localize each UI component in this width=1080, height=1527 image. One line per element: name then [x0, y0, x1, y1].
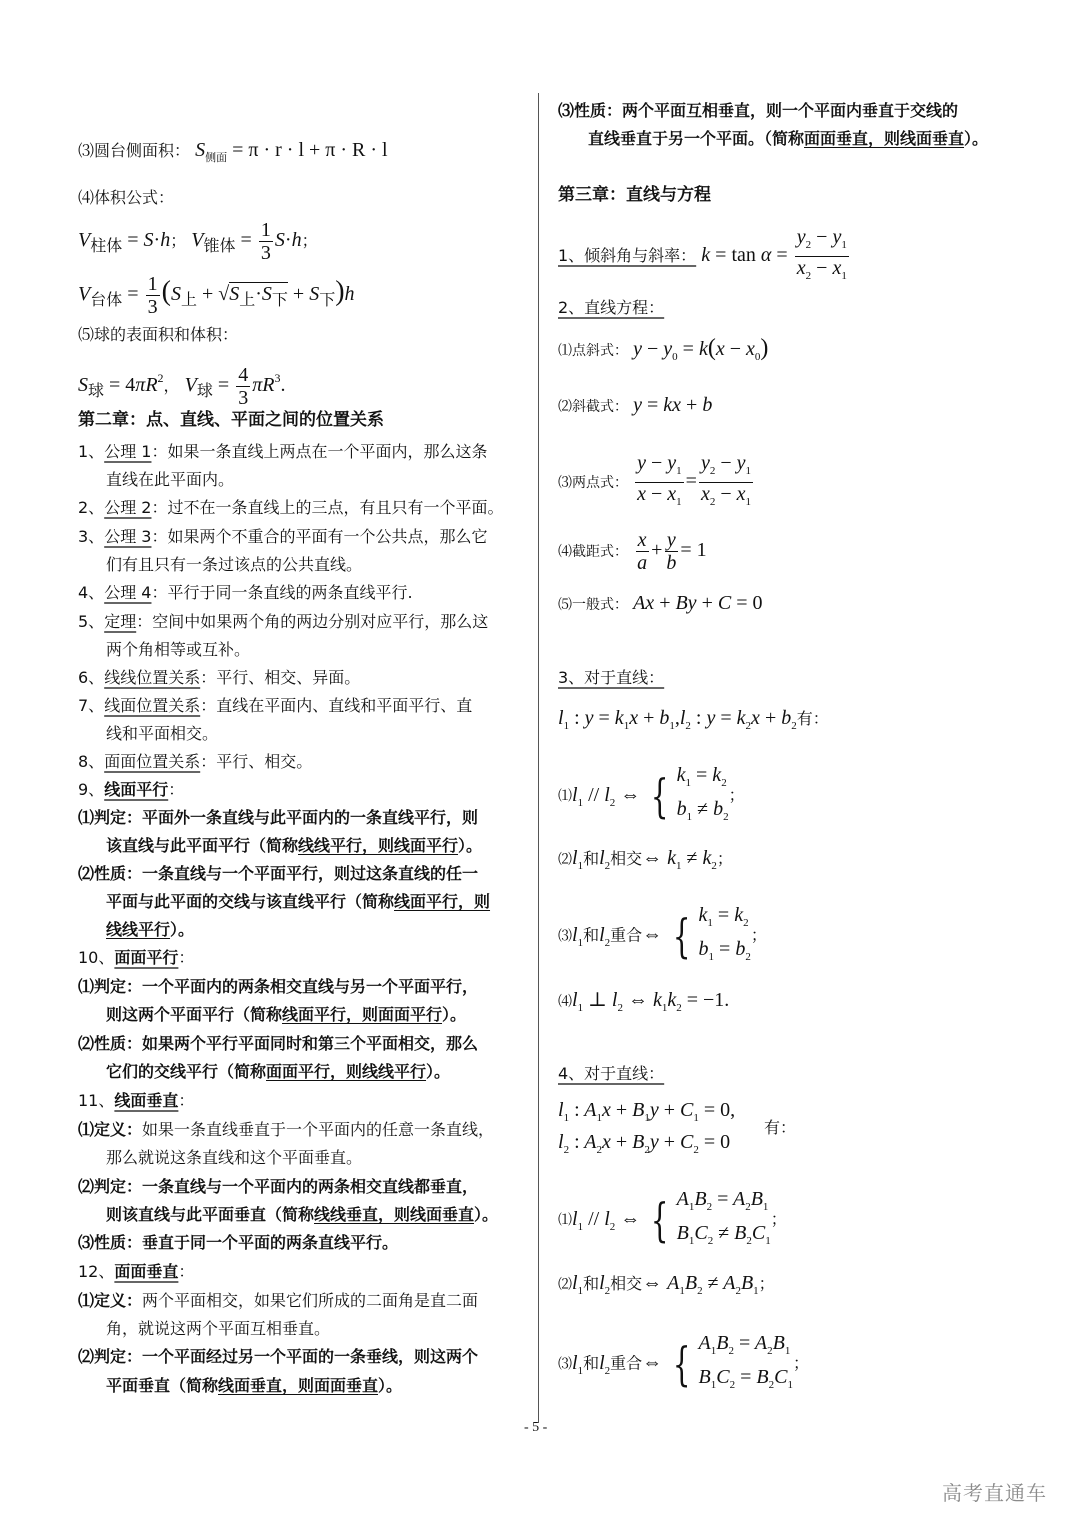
entry-axiom-1: 1、公理 1：如果一条直线上两点在一个平面内，那么这条: [78, 442, 487, 462]
entry-theorem: 5、定理：空间中如果两个角的两边分别对应平行，那么这: [78, 612, 488, 632]
formula-frustum-lateral: S侧面 = π · r · l + π · R · l: [195, 139, 388, 161]
sec4-given-line-2: l2 : A2x + B2y + C2 = 0: [558, 1132, 730, 1160]
s10-criterion: ⑴判定：一个平面内的两条相交直线与另一个平面平行，: [78, 977, 478, 997]
intercept-form: ⑷截距式： xa+yb= 1: [558, 526, 707, 577]
s10-property: ⑵性质：如果两个平行平面同时和第三个平面相交，那么: [78, 1034, 478, 1054]
entry-theorem-cont: 两个角相等或互补。: [106, 640, 250, 660]
entry-axiom-4: 4、公理 4：平行于同一条直线的两条直线平行.: [78, 583, 413, 603]
s12-property-cont: 直线垂直于另一个平面。（简称面面垂直，则线面垂直）。: [588, 129, 988, 149]
entry-axiom-3: 3、公理 3：如果两个不重合的平面有一个公共点，那么它: [78, 527, 487, 547]
line-equation-heading: 2、直线方程：: [558, 298, 664, 318]
frustum-lateral-area: ⑶圆台侧面积： S侧面 = π · r · l + π · R · l: [78, 140, 388, 168]
s9-property-cont: 平面与此平面的交线与该直线平行（简称线面平行，则: [106, 892, 490, 912]
sec3-coincide: ⑶l1和l2重合⇔ {k1 = k2b1 = b2；: [558, 902, 767, 970]
entry-axiom-1-cont: 直线在此平面内。: [106, 470, 234, 490]
section-4-heading: 4、对于直线：: [558, 1064, 664, 1084]
section-9-heading: 9、线面平行：: [78, 780, 184, 800]
formula-slope: k = tan α =: [701, 244, 787, 266]
chapter2-title: 第二章：点、直线、平面之间的位置关系: [78, 410, 384, 430]
point-slope-form: ⑴点斜式： y − y0 = k(x − x0): [558, 338, 768, 367]
sphere-heading: ⑸球的表面积和体积：: [78, 325, 238, 345]
s9-criterion: ⑴判定：平面外一条直线与此平面内的一条直线平行，则: [78, 808, 478, 828]
s11-criterion: ⑵判定：一条直线与一个平面内的两条相交直线都垂直，: [78, 1177, 478, 1197]
sec3-intersect: ⑵l1和l2相交⇔ k1 ≠ k2；: [558, 848, 733, 876]
entry-line-line-relation: 6、线线位置关系：平行、相交、异面。: [78, 668, 360, 688]
document-page: ⑶圆台侧面积： S侧面 = π · r · l + π · R · l ⑷体积公…: [0, 0, 1080, 1527]
s10-property-cont: 它们的交线平行（简称面面平行，则线线平行）。: [106, 1062, 450, 1082]
volume-formula-heading: ⑷体积公式：: [78, 188, 174, 208]
sec4-given-line-1: l1 : A1x + B1y + C1 = 0,: [558, 1100, 735, 1128]
entry-line-plane-relation-cont: 线和平面相交。: [106, 724, 218, 744]
two-point-form: ⑶两点式： y − y1x − x1=y2 − y1x2 − x1: [558, 452, 755, 513]
s9-property: ⑵性质：一条直线与一个平面平行，则过这条直线的任一: [78, 864, 478, 884]
slope-intercept-form: ⑵斜截式： y = kx + b: [558, 395, 712, 418]
entry-line-plane-relation: 7、线面位置关系：直线在平面内、直线和平面平行、直: [78, 696, 472, 716]
formula-sphere: S球 = 4πR2， V球 = 43πR3.: [78, 356, 286, 413]
section-12-heading: 12、面面垂直：: [78, 1262, 194, 1282]
page-number: - 5 -: [524, 1420, 547, 1436]
s12-definition-cont: 角，就说这两个平面互相垂直。: [106, 1319, 330, 1339]
sec3-given-lines: l1 : y = k1x + b1,l2 : y = k2x + b2有：: [558, 708, 829, 736]
entry-axiom-2: 2、公理 2：过不在一条直线上的三点，有且只有一个平面。: [78, 498, 503, 518]
entry-plane-plane-relation: 8、面面位置关系：平行、相交。: [78, 752, 312, 772]
chapter3-title: 第三章：直线与方程: [558, 185, 711, 205]
formula-frustum-volume: V台体 = 13(S上 + √S上·S下 + S下)h: [78, 270, 355, 322]
watermark: 高考直通车: [942, 1477, 1047, 1506]
s11-criterion-cont: 则该直线与此平面垂直（简称线线垂直，则线面垂直）。: [106, 1205, 498, 1225]
column-divider: [538, 93, 539, 1423]
entry-axiom-3-cont: 们有且只有一条过该点的公共直线。: [106, 555, 362, 575]
sec3-perpendicular: ⑷l1 ⊥ l2 ⇔ k1k2 = −1.: [558, 990, 729, 1018]
general-form: ⑸一般式： Ax + By + C = 0: [558, 593, 762, 616]
s12-definition: ⑴定义：两个平面相交，如果它们所成的二面角是直二面: [78, 1291, 478, 1311]
sec4-intersect: ⑵l1和l2相交⇔ A1B2 ≠ A2B1；: [558, 1273, 775, 1301]
s12-criterion-cont: 平面垂直（简称线面垂直，则面面垂直）。: [106, 1376, 402, 1396]
sec4-you: 有：: [764, 1118, 796, 1138]
section-10-heading: 10、面面平行：: [78, 948, 194, 968]
s9-criterion-cont: 该直线与此平面平行（简称线线平行，则线面平行）。: [106, 836, 482, 856]
sec4-coincide: ⑶l1和l2重合⇔ {A1B2 = A2B1B1C2 = B2C1；: [558, 1330, 809, 1398]
sec4-parallel: ⑴l1 // l2 ⇔ {A1B2 = A2B1B1C2 ≠ B2C1；: [558, 1186, 787, 1254]
s10-criterion-cont: 则这两个平面平行（简称线面平行，则面面平行）。: [106, 1005, 466, 1025]
s11-definition: ⑴定义：如果一条直线垂直于一个平面内的任意一条直线，: [78, 1120, 494, 1140]
sec3-parallel: ⑴l1 // l2 ⇔ {k1 = k2b1 ≠ b2；: [558, 762, 745, 830]
s9-property-cont2: 线线平行）。: [106, 920, 194, 940]
section-11-heading: 11、线面垂直：: [78, 1091, 194, 1111]
s12-criterion: ⑵判定：一个平面经过另一个平面的一条垂线，则这两个: [78, 1347, 478, 1367]
s11-definition-cont: 那么就说这条直线和这个平面垂直。: [106, 1148, 362, 1168]
s11-property: ⑶性质：垂直于同一个平面的两条直线平行。: [78, 1233, 398, 1253]
slope-section: 1、倾斜角与斜率： k = tan α = y2 − y1x2 − x1: [558, 226, 851, 287]
s12-property: ⑶性质：两个平面互相垂直，则一个平面内垂直于交线的: [558, 101, 958, 121]
section-3-heading: 3、对于直线：: [558, 668, 664, 688]
formula-prism-cone-volume: V柱体 = S·h； V锥体 = 13S·h；: [78, 218, 318, 268]
